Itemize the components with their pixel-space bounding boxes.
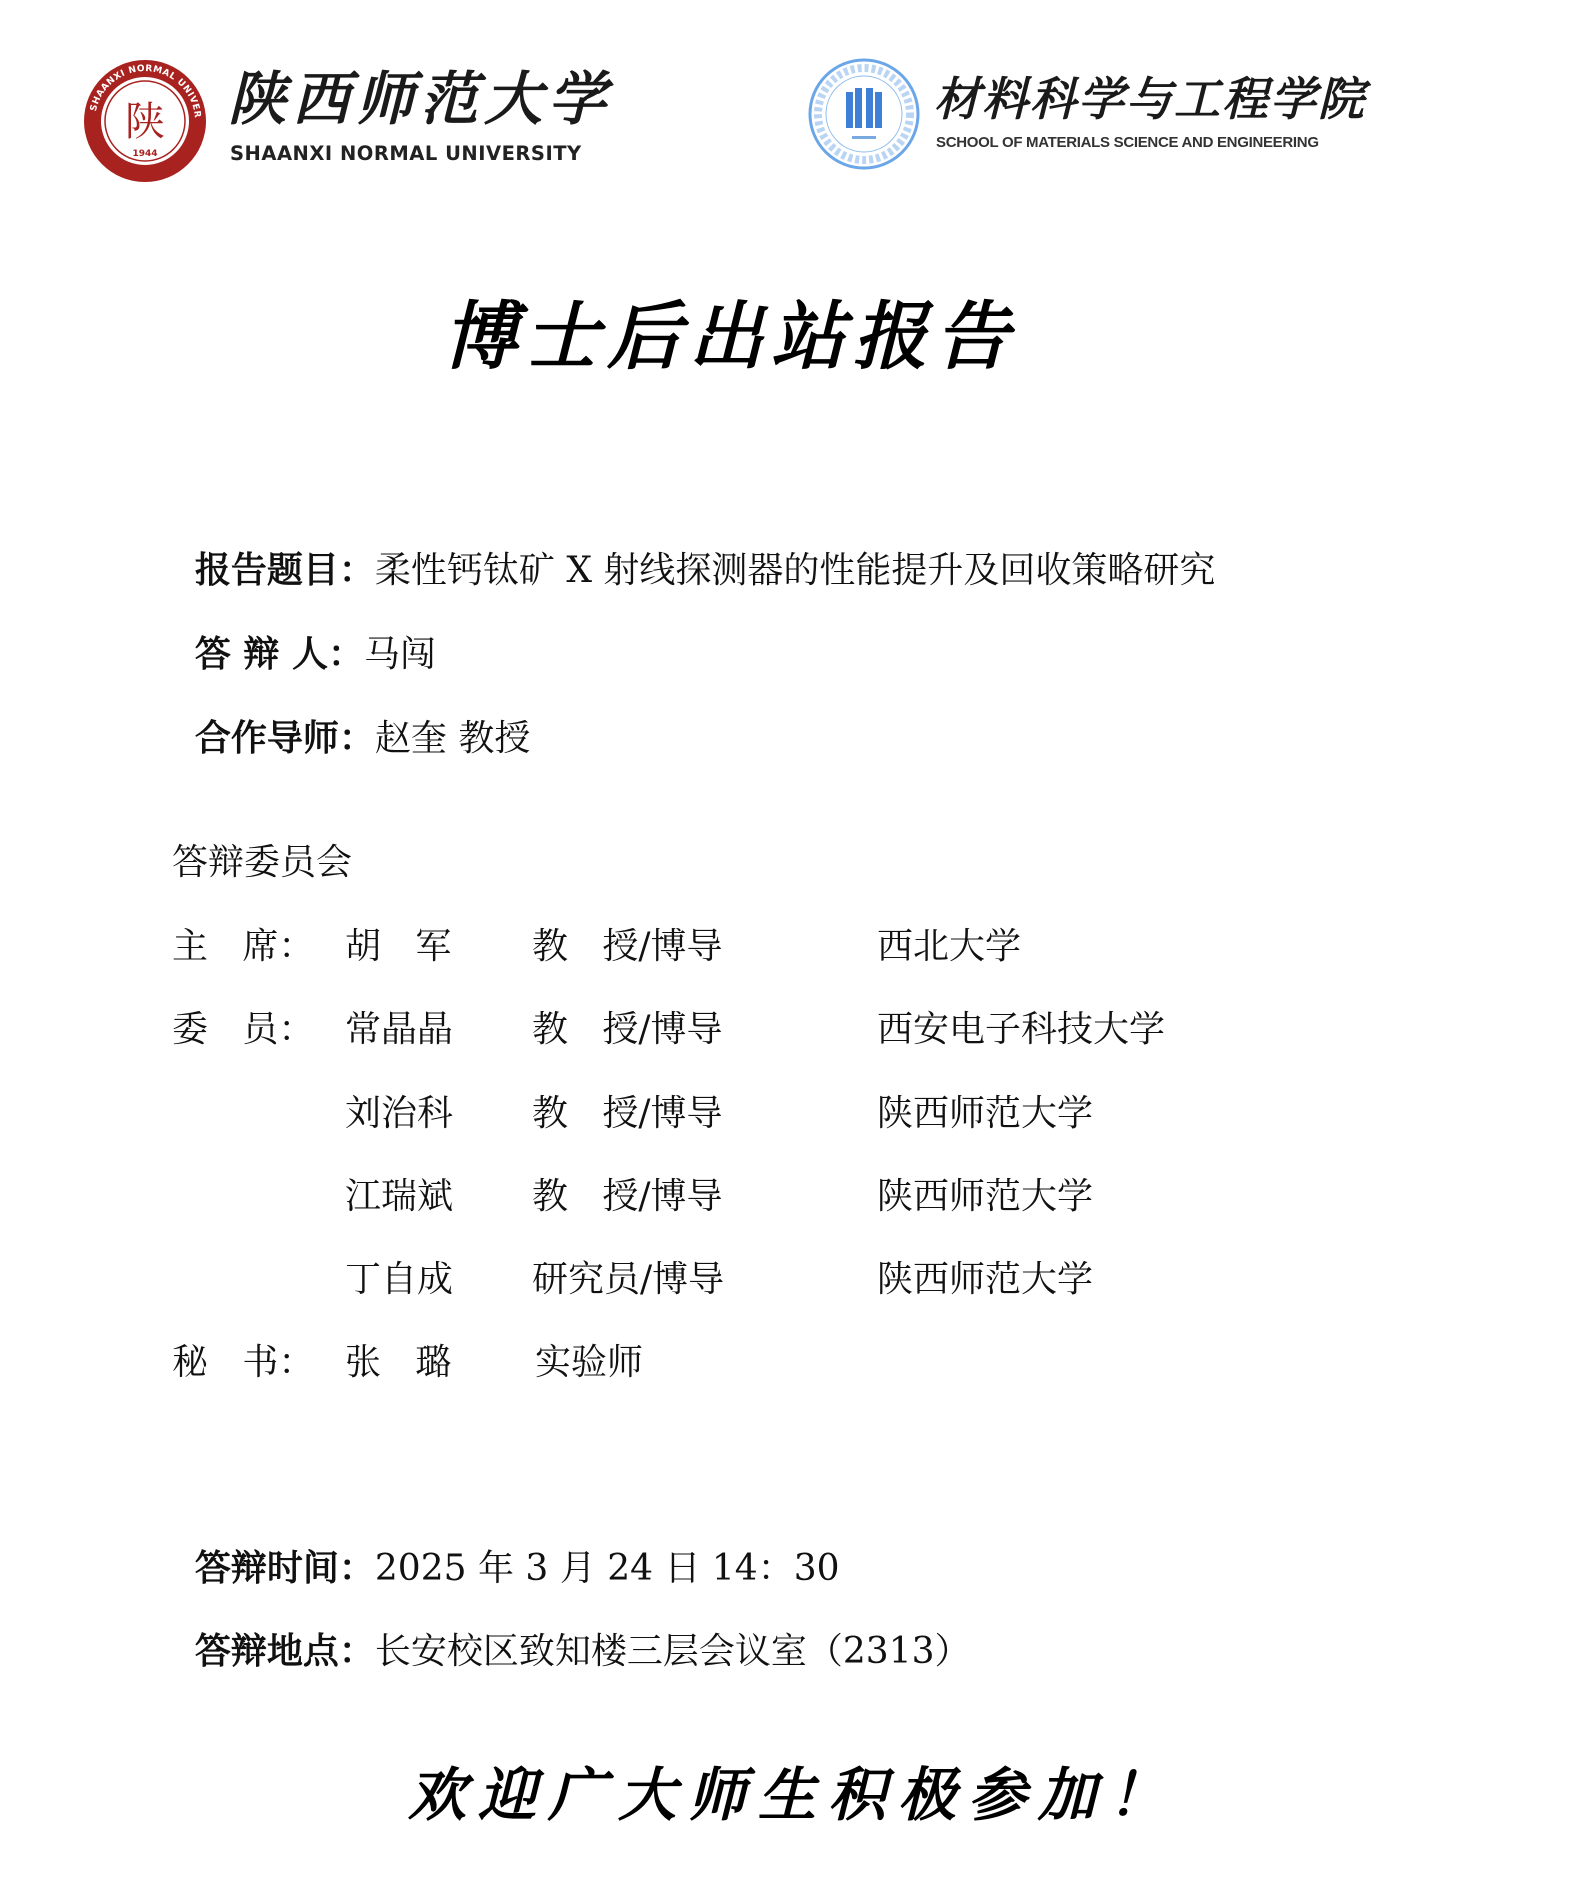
secretary-role: 秘 书： bbox=[172, 1343, 314, 1383]
defender-row: 答 辩 人：马闯 bbox=[172, 594, 436, 675]
secretary-row: 秘 书： 张 璐 实验师 bbox=[172, 1343, 1472, 1383]
topic-value: 柔性钙钛矿 X 射线探测器的性能提升及回收策略研究 bbox=[375, 550, 1216, 591]
advisor-value: 赵奎 教授 bbox=[375, 718, 530, 759]
defender-label: 答 辩 人： bbox=[195, 633, 364, 675]
committee-member-row: 主 席： 胡 军 教 授/博导 西北大学 bbox=[172, 927, 1472, 967]
member-name: 胡 军 bbox=[345, 927, 451, 967]
defender-value: 马闯 bbox=[364, 634, 436, 675]
university-name-cn: 陕西师范大学 bbox=[228, 70, 612, 128]
secretary-name: 张 璐 bbox=[345, 1343, 451, 1383]
member-org: 陕西师范大学 bbox=[877, 1177, 1093, 1217]
time-row: 答辩时间：2025 年 3 月 24 日 14：30 bbox=[172, 1508, 840, 1589]
member-title: 研究员/博导 bbox=[532, 1260, 724, 1300]
committee-member-row: 丁自成 研究员/博导 陕西师范大学 bbox=[172, 1260, 1472, 1300]
member-org: 西安电子科技大学 bbox=[877, 1010, 1165, 1050]
committee-member-row: 刘治科 教 授/博导 陕西师范大学 bbox=[172, 1094, 1472, 1134]
university-seal-logo: SHAANXI NORMAL UNIVERSITY 陕 1944 bbox=[82, 58, 208, 184]
member-org: 西北大学 bbox=[877, 927, 1021, 967]
advisor-row: 合作导师：赵奎 教授 bbox=[172, 678, 530, 759]
member-title: 教 授/博导 bbox=[532, 927, 722, 967]
member-name: 丁自成 bbox=[345, 1260, 453, 1300]
member-title: 教 授/博导 bbox=[532, 1094, 722, 1134]
school-name-cn: 材料科学与工程学院 bbox=[934, 76, 1366, 122]
university-name-en: SHAANXI NORMAL UNIVERSITY bbox=[230, 142, 582, 165]
advisor-label: 合作导师： bbox=[195, 717, 375, 759]
committee-heading: 答辩委员会 bbox=[172, 843, 352, 883]
member-title: 教 授/博导 bbox=[532, 1177, 722, 1217]
member-title: 教 授/博导 bbox=[532, 1010, 722, 1050]
topic-row: 报告题目：柔性钙钛矿 X 射线探测器的性能提升及回收策略研究 bbox=[172, 510, 1215, 591]
time-label: 答辩时间： bbox=[195, 1547, 375, 1589]
committee-member-row: 江瑞斌 教 授/博导 陕西师范大学 bbox=[172, 1177, 1472, 1217]
secretary-title: 实验师 bbox=[535, 1343, 643, 1383]
time-value: 2025 年 3 月 24 日 14：30 bbox=[375, 1548, 840, 1589]
member-name: 刘治科 bbox=[345, 1094, 453, 1134]
svg-text:1944: 1944 bbox=[132, 149, 157, 159]
member-role: 主 席： bbox=[172, 927, 314, 967]
member-org: 陕西师范大学 bbox=[877, 1260, 1093, 1300]
place-value: 长安校区致知楼三层会议室（2313） bbox=[375, 1631, 971, 1672]
school-seal-logo bbox=[808, 58, 920, 170]
committee-member-row: 委 员： 常晶晶 教 授/博导 西安电子科技大学 bbox=[172, 1010, 1472, 1050]
page-title: 博士后出站报告 bbox=[0, 300, 1460, 374]
welcome-footer: 欢迎广大师生积极参加！ bbox=[0, 1766, 1586, 1824]
svg-text:陕: 陕 bbox=[125, 99, 165, 145]
topic-label: 报告题目： bbox=[195, 549, 375, 591]
member-org: 陕西师范大学 bbox=[877, 1094, 1093, 1134]
member-role: 委 员： bbox=[172, 1010, 314, 1050]
school-name-en: SCHOOL OF MATERIALS SCIENCE AND ENGINEER… bbox=[936, 134, 1319, 151]
member-name: 常晶晶 bbox=[345, 1010, 453, 1050]
place-label: 答辩地点： bbox=[195, 1630, 375, 1672]
member-name: 江瑞斌 bbox=[345, 1177, 453, 1217]
place-row: 答辩地点：长安校区致知楼三层会议室（2313） bbox=[172, 1591, 971, 1672]
